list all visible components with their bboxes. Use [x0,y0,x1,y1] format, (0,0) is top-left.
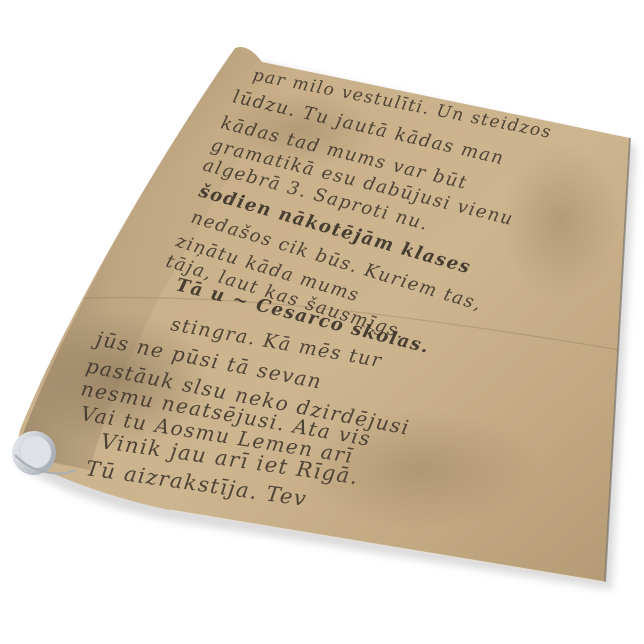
wrapping-paper-roll: par milo vestulīti. Un steidzos lūdzu. T… [0,0,644,644]
product-photo: par milo vestulīti. Un steidzos lūdzu. T… [0,0,644,644]
